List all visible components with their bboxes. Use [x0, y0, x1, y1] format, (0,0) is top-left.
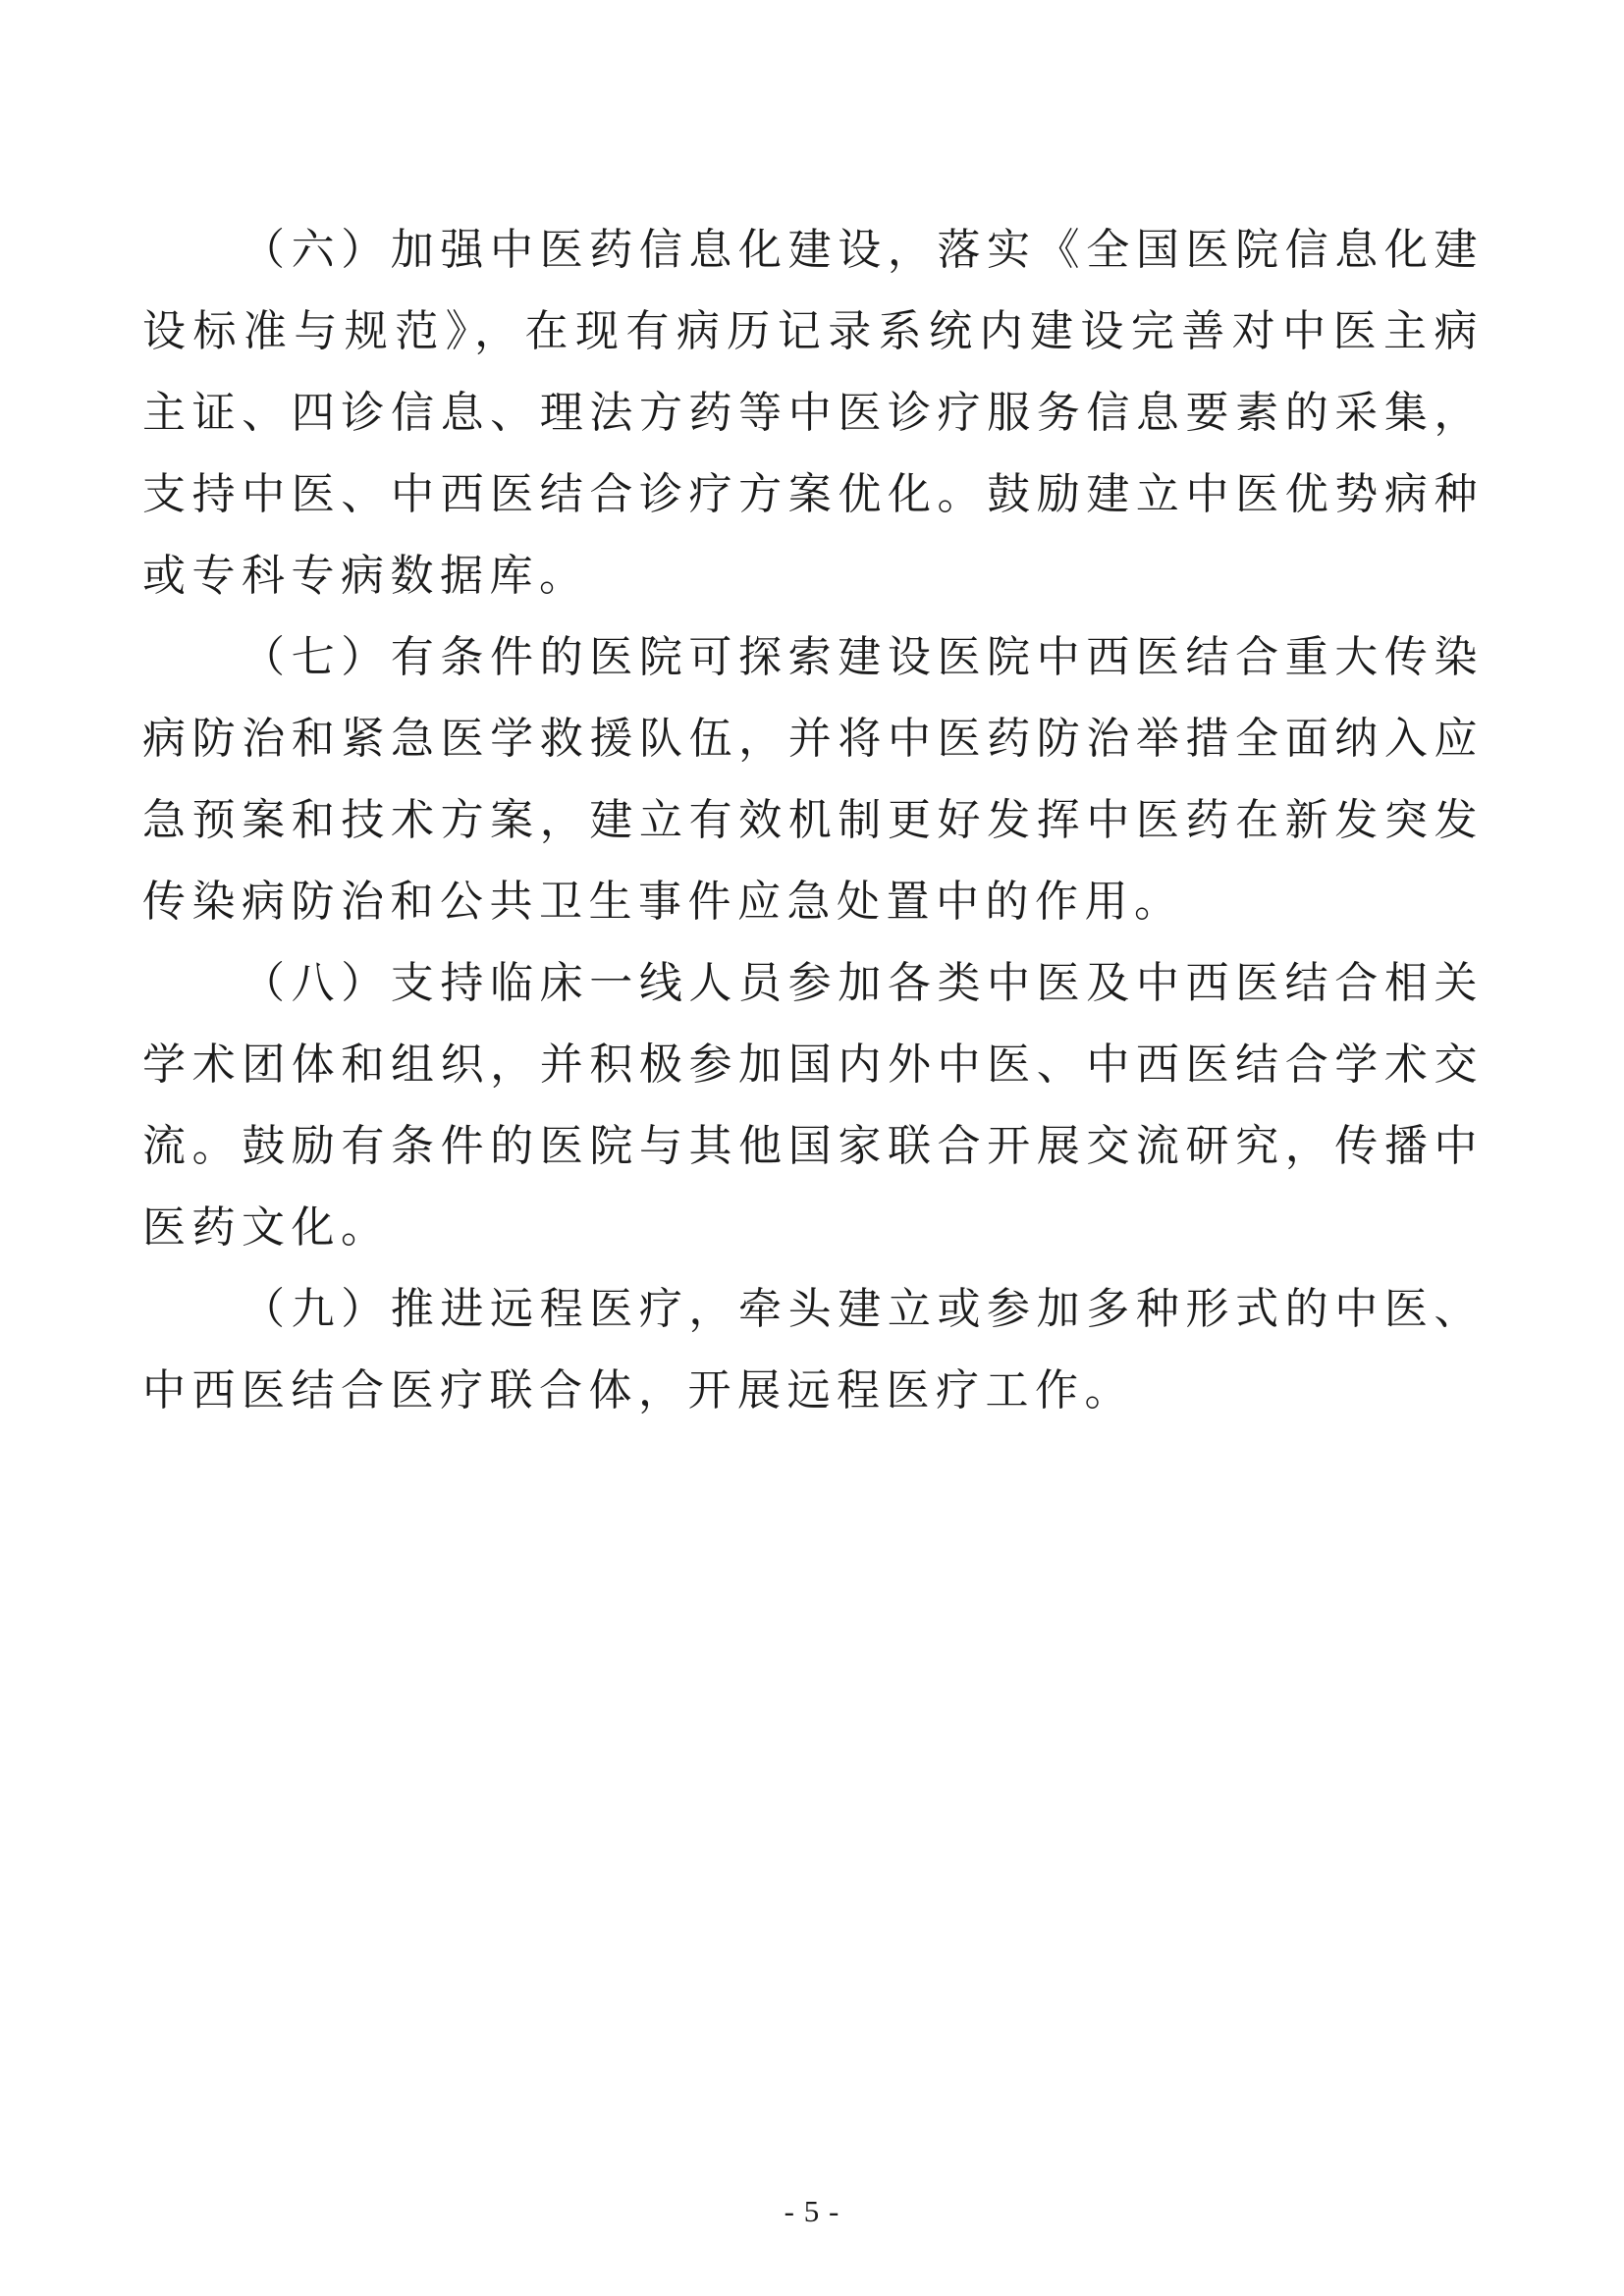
paragraph-item-6: （六）加强中医药信息化建设，落实《全国医院信息化建设标准与规范》，在现有病历记录…: [142, 209, 1484, 616]
paragraph-item-8: （八）支持临床一线人员参加各类中医及中西医结合相关学术团体和组织，并积极参加国内…: [142, 942, 1484, 1268]
paragraph-item-7: （七）有条件的医院可探索建设医院中西医结合重大传染病防治和紧急医学救援队伍，并将…: [142, 616, 1484, 942]
document-body: （六）加强中医药信息化建设，落实《全国医院信息化建设标准与规范》，在现有病历记录…: [142, 209, 1484, 1431]
paragraph-item-9: （九）推进远程医疗，牵头建立或参加多种形式的中医、中西医结合医疗联合体，开展远程…: [142, 1268, 1484, 1431]
document-page: （六）加强中医药信息化建设，落实《全国医院信息化建设标准与规范》，在现有病历记录…: [0, 0, 1624, 2296]
page-number: - 5 -: [0, 2194, 1624, 2229]
